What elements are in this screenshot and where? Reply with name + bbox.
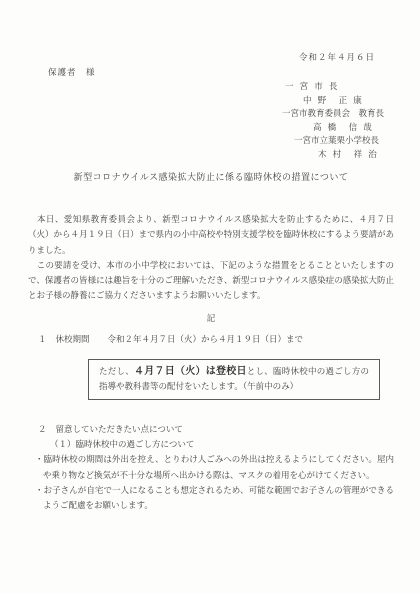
recipient-line: 保護者 様 — [48, 66, 96, 78]
sender-name-principal: 木 村 祥 治 — [318, 148, 420, 162]
sender-name-mayor: 中 野 正 康 — [303, 94, 420, 108]
sender-title-mayor: 一 宮 市 長 — [285, 80, 420, 94]
notice-box: ただし、４月７日（火）は登校日とし、臨時休校中の過ごし方の指導や教科書等の配付を… — [88, 359, 380, 401]
item2-label: 留意していただきたい点について — [56, 424, 183, 434]
notice-box-prefix: ただし、 — [99, 366, 134, 376]
ki-marker: 記 — [28, 311, 394, 326]
bullet-child-supervision: ・お子さんが自宅で一人になることも想定されるため、可能な範囲でお子さんの管理がで… — [35, 483, 394, 513]
item-closure-period: １休校期間令和２年４月７日（火）から４月１９日（日）まで — [28, 332, 394, 347]
item1-number: １ — [38, 334, 47, 344]
item2-number: ２ — [38, 424, 47, 434]
notice-box-emphasis: ４月７日（火）は登校日 — [134, 366, 247, 377]
sender-title-principal: 一宮市立葉栗小学校長 — [294, 134, 420, 148]
item1-value: 令和２年４月７日（火）から４月１９日（日）まで — [108, 334, 304, 344]
document-page: 令和２年４月６日 保護者 様 一 宮 市 長 中 野 正 康 一宮市教育委員会 … — [0, 0, 420, 594]
sub-heading-spending-time: （１）臨時休校中の過ごし方について — [50, 437, 394, 452]
body-paragraph-2: この要請を受け、本市の小中学校においては、下記のような措置をとることといたします… — [28, 258, 394, 304]
item-points-of-note: ２留意していただきたい点について — [28, 422, 394, 437]
sender-title-superintendent: 一宮市教育委員会 教育長 — [282, 107, 420, 121]
document-title: 新型コロナウイルス感染拡大防止に係る臨時休校の措置について — [28, 170, 394, 183]
body-paragraph-1: 本日、愛知県教育委員会より、新型コロナウイルス感染拡大を防止するために、４月７日… — [28, 212, 394, 258]
sender-block: 一 宮 市 長 中 野 正 康 一宮市教育委員会 教育長 高 橋 信 哉 一宮市… — [0, 80, 420, 161]
item1-label: 休校期間 — [56, 334, 90, 344]
document-body: 新型コロナウイルス感染拡大防止に係る臨時休校の措置について 本日、愛知県教育委員… — [28, 165, 394, 513]
bullet-list: ・臨時休校の期間は外出を控え、とりわけ人ごみへの外出は控えるようにしてください。… — [35, 452, 394, 513]
sender-name-superintendent: 高 橋 信 哉 — [313, 121, 420, 135]
bullet-avoid-outings: ・臨時休校の期間は外出を控え、とりわけ人ごみへの外出は控えるようにしてください。… — [35, 452, 394, 482]
document-date: 令和２年４月６日 — [299, 51, 375, 63]
